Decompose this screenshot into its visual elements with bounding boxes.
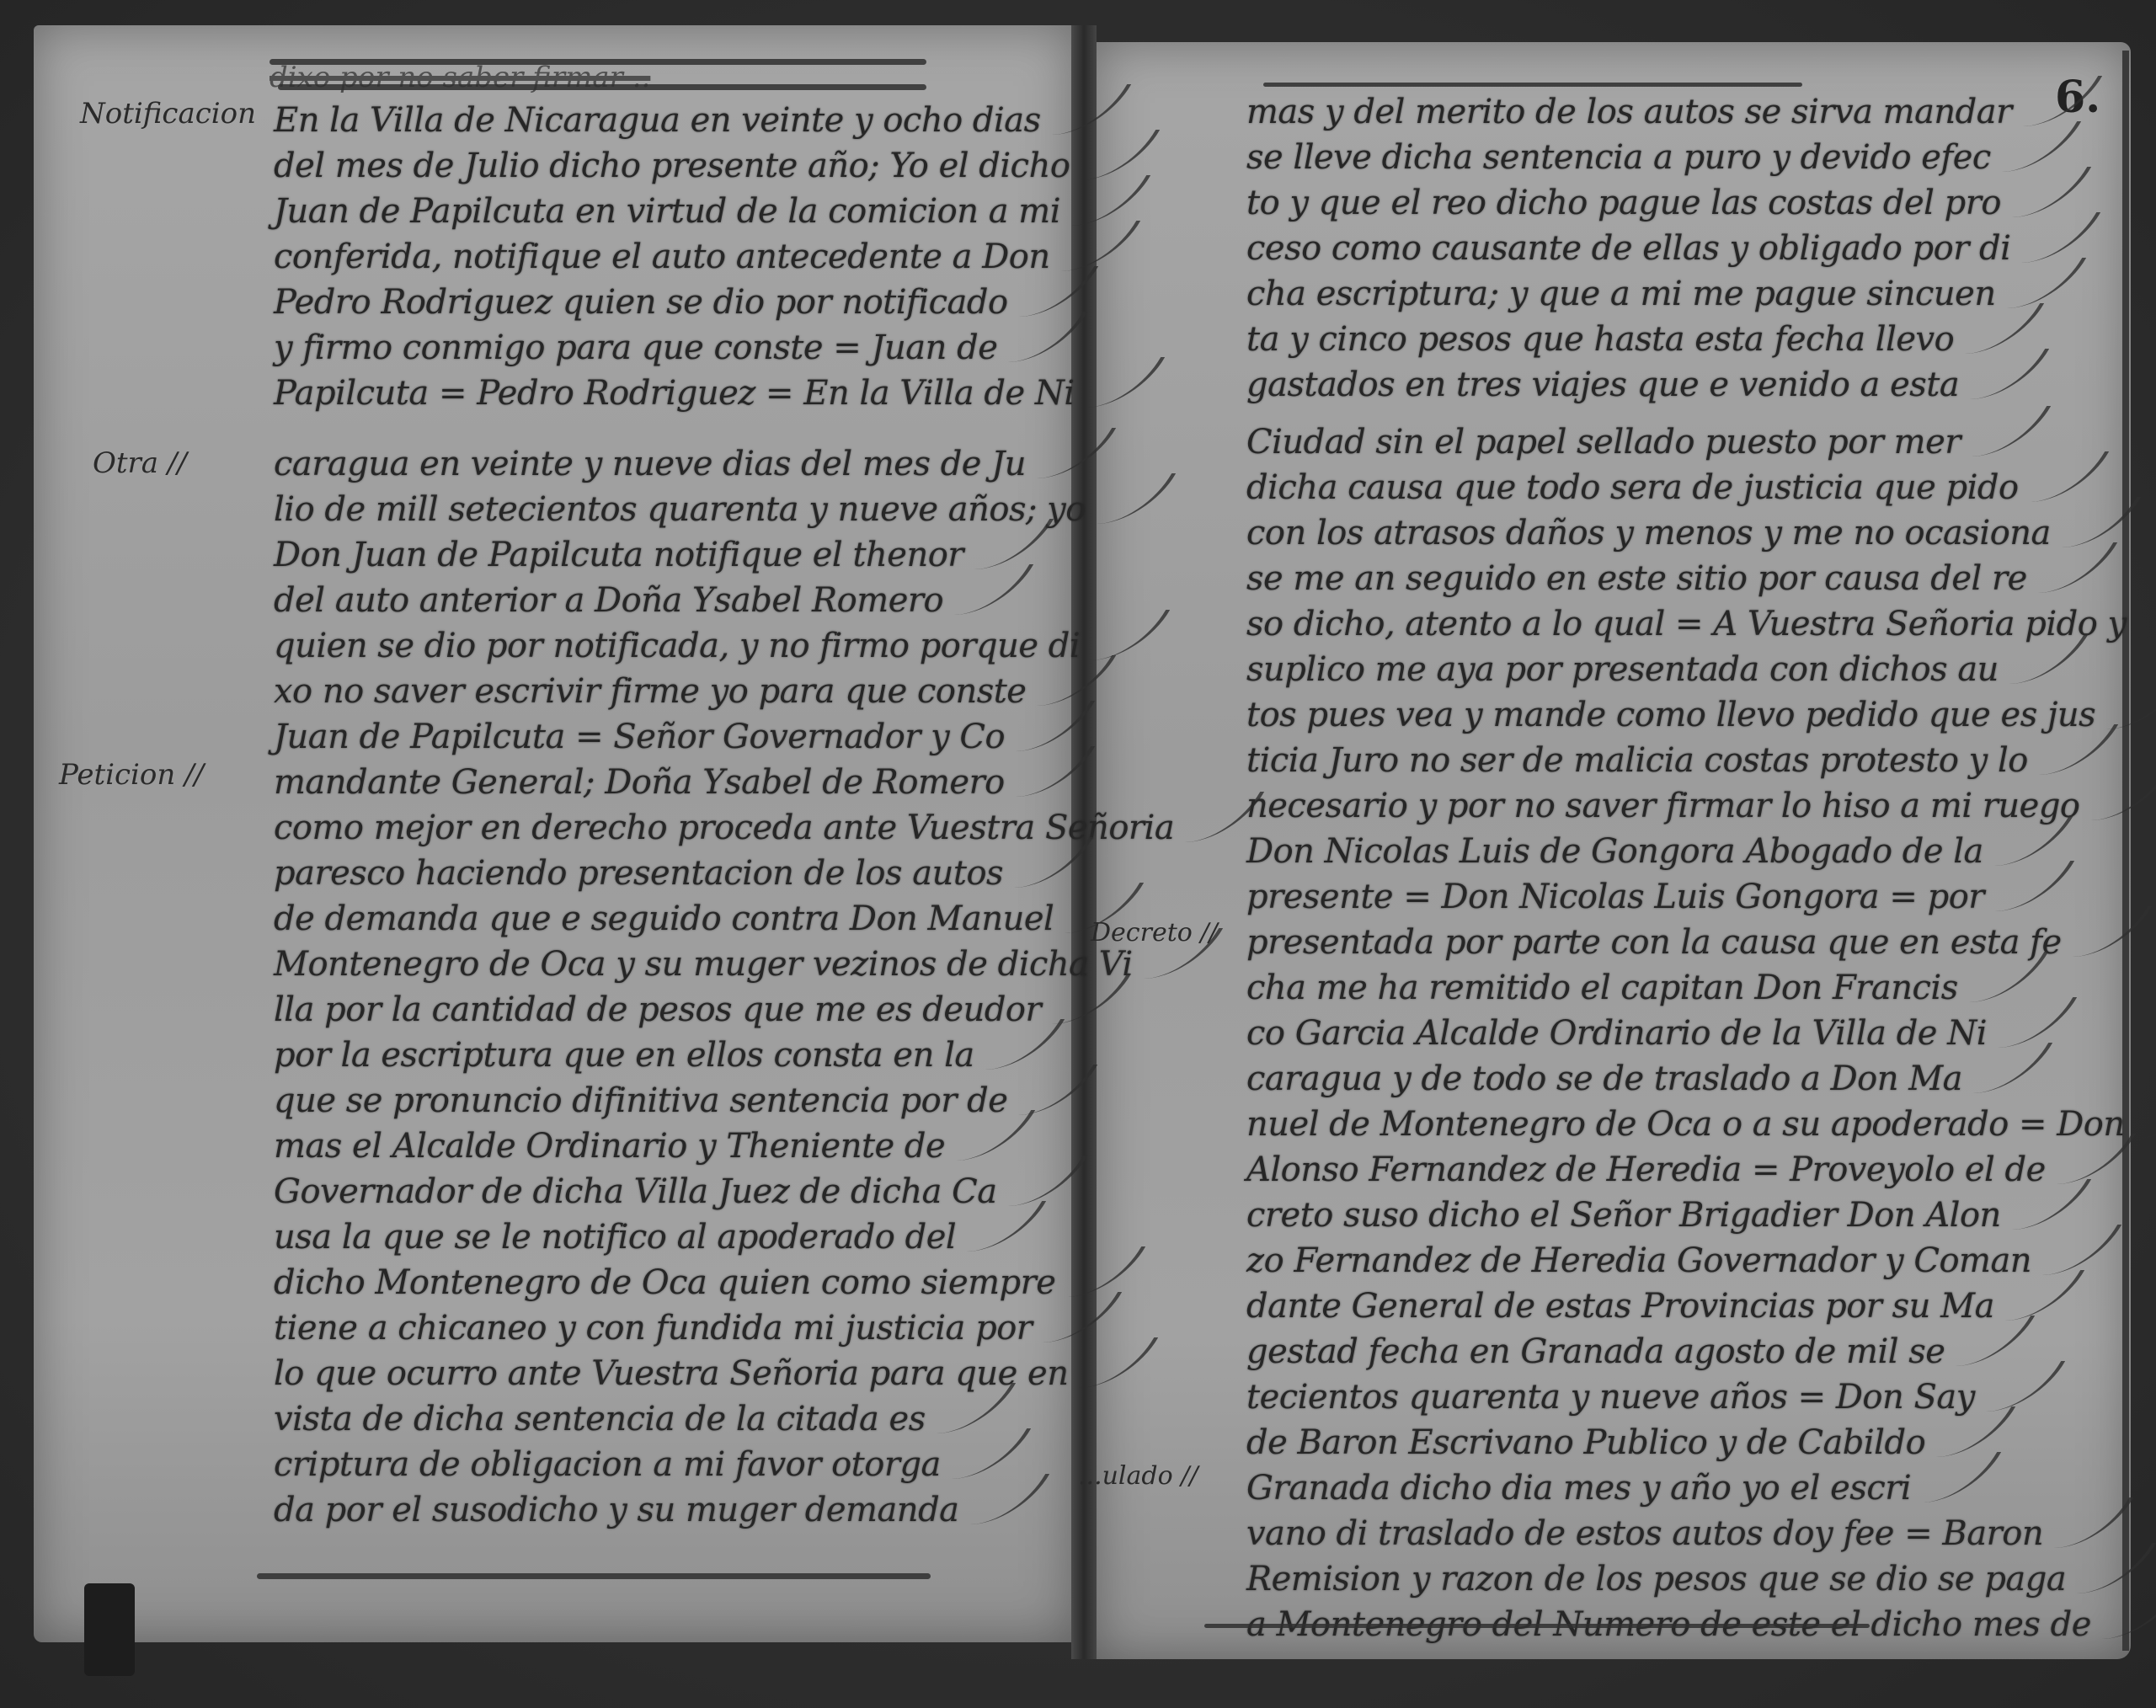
text-line: creto suso dicho el Señor Brigadier Don … bbox=[1246, 1196, 2001, 1235]
text-line: Don Juan de Papilcuta notifique el theno… bbox=[274, 536, 963, 574]
text-line: Ciudad sin el papel sellado puesto por m… bbox=[1246, 423, 1961, 462]
text-line: y firmo conmigo para que conste = Juan d… bbox=[274, 328, 997, 367]
margin-note-otra: Otra // bbox=[93, 446, 187, 480]
text-line: lio de mill setecientos quarenta y nueve… bbox=[274, 490, 1086, 529]
text-line: se lleve dicha sentencia a puro y devido… bbox=[1246, 138, 1991, 177]
text-line: dante General de estas Provincias por su… bbox=[1246, 1287, 1994, 1326]
text-line: de Baron Escrivano Publico y de Cabildo bbox=[1246, 1423, 1925, 1462]
text-line: necesario y por no saver firmar lo hiso … bbox=[1246, 787, 2080, 825]
text-line: cha escriptura; y que a mi me pague sinc… bbox=[1246, 275, 1996, 313]
text-line: En la Villa de Nicaragua en veinte y och… bbox=[274, 101, 1041, 140]
text-line: co Garcia Alcalde Ordinario de la Villa … bbox=[1246, 1014, 1987, 1053]
margin-note-notificacion: Notificacion bbox=[80, 97, 256, 131]
text-line: usa la que se le notifico al apoderado d… bbox=[274, 1218, 956, 1257]
text-line: se me an seguido en este sitio por causa… bbox=[1246, 559, 2027, 598]
text-line: cha me ha remitido el capitan Don Franci… bbox=[1246, 969, 1958, 1007]
text-line: criptura de obligacion a mi favor otorga bbox=[274, 1445, 941, 1484]
text-line: presente = Don Nicolas Luis Gongora = po… bbox=[1246, 878, 1984, 916]
text-line: tecientos quarenta y nueve años = Don Sa… bbox=[1246, 1378, 1975, 1417]
text-line: mas y del merito de los autos se sirva m… bbox=[1246, 93, 2012, 131]
header-rule-bottom bbox=[278, 84, 926, 90]
text-line: Juan de Papilcuta en virtud de la comici… bbox=[274, 192, 1060, 231]
binding-clip bbox=[84, 1583, 135, 1676]
margin-note-proveido: ...ulado // bbox=[1078, 1461, 1198, 1491]
text-line: Governador de dicha Villa Juez de dicha … bbox=[274, 1172, 997, 1211]
text-line: suplico me aya por presentada con dichos… bbox=[1246, 650, 1999, 689]
text-line: caragua y de todo se de traslado a Don M… bbox=[1246, 1059, 1962, 1098]
text-line: Pedro Rodriguez quien se dio por notific… bbox=[274, 283, 1008, 322]
text-line: con los atrasos daños y menos y me no oc… bbox=[1246, 514, 2051, 552]
text-line: Juan de Papilcuta = Señor Governador y C… bbox=[274, 718, 1005, 756]
left-closing-rule bbox=[257, 1573, 931, 1579]
text-line: da por el susodicho y su muger demanda bbox=[274, 1491, 959, 1529]
right-closing-rule bbox=[1204, 1624, 1870, 1628]
text-line: caragua en veinte y nueve dias del mes d… bbox=[274, 445, 1026, 483]
text-line: gastados en tres viajes que e venido a e… bbox=[1246, 366, 1959, 404]
text-line: presentada por parte con la causa que en… bbox=[1246, 923, 2062, 962]
text-line: nuel de Montenegro de Oca o a su apodera… bbox=[1246, 1105, 2125, 1144]
text-line: ticia Juro no ser de malicia costas prot… bbox=[1246, 741, 2028, 780]
text-line: del auto anterior a Doña Ysabel Romero bbox=[274, 581, 943, 620]
text-line: conferida, notifique el auto antecedente… bbox=[274, 238, 1050, 276]
text-line: Don Nicolas Luis de Gongora Abogado de l… bbox=[1246, 832, 1983, 871]
text-line: so dicho, atento a lo qual = A Vuestra S… bbox=[1246, 605, 2127, 643]
text-line: ta y cinco pesos que hasta esta fecha ll… bbox=[1246, 320, 1954, 359]
text-line: ceso como causante de ellas y obligado p… bbox=[1246, 229, 2010, 268]
text-line: vista de dicha sentencia de la citada es bbox=[274, 1400, 926, 1438]
text-line: que se pronuncio difinitiva sentencia po… bbox=[274, 1081, 1007, 1120]
text-line: dicho Montenegro de Oca quien como siemp… bbox=[274, 1263, 1055, 1302]
text-line: Alonso Fernandez de Heredia = Proveyolo … bbox=[1246, 1150, 2046, 1189]
page-edge bbox=[2122, 51, 2129, 1651]
text-line: to y que el reo dicho pague las costas d… bbox=[1246, 184, 2001, 222]
right-header-rule bbox=[1263, 83, 1802, 87]
text-line: vano di traslado de estos autos doy fee … bbox=[1246, 1514, 2043, 1553]
text-line: del mes de Julio dicho presente año; Yo … bbox=[274, 147, 1070, 185]
text-line: quien se dio por notificada, y no firmo … bbox=[274, 627, 1080, 665]
text-line: Papilcuta = Pedro Rodriguez = En la Vill… bbox=[274, 374, 1075, 413]
text-line: Granada dicho dia mes y año yo el escri bbox=[1246, 1469, 1911, 1508]
text-line: mas el Alcalde Ordinario y Theniente de bbox=[274, 1127, 945, 1166]
text-line: gestad fecha en Granada agosto de mil se bbox=[1246, 1332, 1945, 1371]
text-line: lla por la cantidad de pesos que me es d… bbox=[274, 990, 1041, 1029]
text-line: dicha causa que todo sera de justicia qu… bbox=[1246, 468, 2019, 507]
text-line: por la escriptura que en ellos consta en… bbox=[274, 1036, 974, 1075]
text-line: zo Fernandez de Heredia Governador y Com… bbox=[1246, 1241, 2031, 1280]
text-line: tos pues vea y mande como llevo pedido q… bbox=[1246, 696, 2095, 734]
text-line: tiene a chicaneo y con fundida mi justic… bbox=[274, 1309, 1032, 1348]
text-line: Montenegro de Oca y su muger vezinos de … bbox=[274, 945, 1133, 984]
text-line: mandante General; Doña Ysabel de Romero bbox=[274, 763, 1005, 802]
margin-note-peticion: Peticion // bbox=[59, 758, 204, 792]
text-line: paresco haciendo presentacion de los aut… bbox=[274, 854, 1003, 893]
text-line: Remision y razon de los pesos que se dio… bbox=[1246, 1560, 2066, 1599]
text-line: xo no saver escrivir firme yo para que c… bbox=[274, 672, 1026, 711]
text-line: de demanda que e seguido contra Don Manu… bbox=[274, 899, 1054, 938]
